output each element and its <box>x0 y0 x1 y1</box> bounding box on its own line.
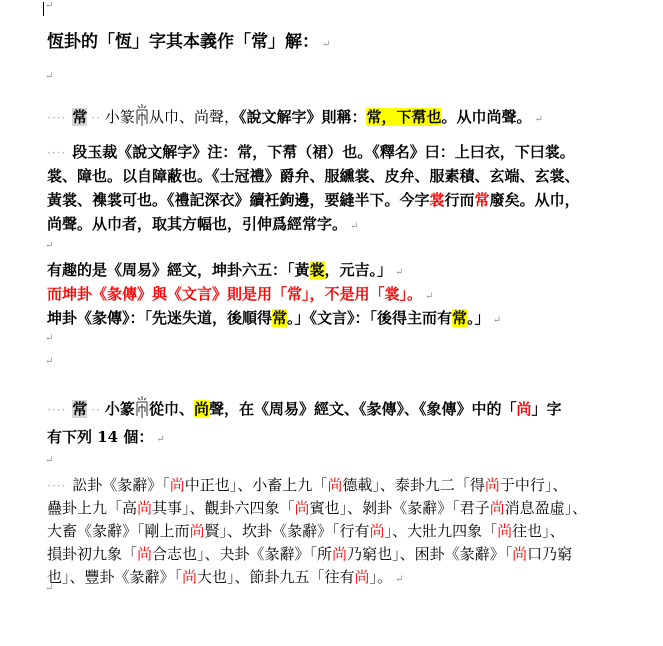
paragraph-mark: ↵ <box>45 455 53 466</box>
text: 賓也」、剝卦《彖辭》「君子 <box>310 499 490 517</box>
text: ，元吉。」 <box>325 261 393 279</box>
highlighted-text: 常，下帬也 <box>366 108 441 126</box>
red-char: 尚 <box>170 476 185 494</box>
seal-script-glyph-icon <box>136 104 148 126</box>
list-line[interactable]: 也」、豐卦《彖辭》「尚大也」、節卦九五「往有尚」。↵ <box>47 565 403 592</box>
document-heading[interactable]: 恆卦的「恆」字其本義作「常」解：↵ <box>47 30 330 57</box>
text: 坤卦《彖傳》：「先迷失道，後順得 <box>47 309 272 327</box>
text: 合志也」、夬卦《彖辭》「所 <box>152 545 332 563</box>
paragraph-mark: ↵ <box>45 0 53 11</box>
paragraph-kun-liuwu[interactable]: 有趣的是《周易》經文，坤卦六五：「黃裳，元吉。」↵ <box>47 258 403 285</box>
paragraph-red-statement[interactable]: 而坤卦《彖傳》與《文言》則是用「常」，不是用「裳」。↵ <box>47 282 433 309</box>
text-cursor <box>43 2 44 16</box>
text: 往也」、 <box>512 522 565 540</box>
paragraph-shuowen[interactable]: ····常··小篆从巾、尚聲，《說文解字》則稱：常，下帬也。从巾尚聲。↵ <box>47 104 543 132</box>
red-text: 而坤卦《彖傳》與《文言》則是用「常」，不是用「裳」。 <box>47 285 422 303</box>
text: 口乃窮 <box>527 545 572 563</box>
paragraph-mark: ↵ <box>45 240 53 251</box>
text: 大畜《彖辭》「剛上而 <box>47 522 190 540</box>
text: 从巾、尚聲， <box>149 108 239 126</box>
text: 黃裳、襍裳可也。《禮記深衣》續衽鉤邊，要縫半下。今字 <box>47 191 430 209</box>
highlighted-text: 常 <box>272 309 287 327</box>
text-line: 裳、障也。以自障蔽也。《士冠禮》爵弁、服纁裳、皮弁、服素積、玄端、玄裳、 <box>47 167 580 185</box>
xiaozhuan-label: 小篆 <box>105 108 135 126</box>
highlighted-text: 裳 <box>310 261 325 279</box>
text: 從巾、 <box>149 400 194 418</box>
paragraph-mark: ↵ <box>45 356 53 367</box>
text: 訟卦《彖辭》「 <box>72 476 170 494</box>
text: 」字 <box>532 400 562 418</box>
indent-dots: ···· <box>47 403 66 417</box>
red-char: 尚 <box>332 545 347 563</box>
heading-text: 恆卦的「恆」字其本義作「常」解： <box>47 32 319 52</box>
paragraph-line[interactable]: 裳、障也。以自障蔽也。《士冠禮》爵弁、服纁裳、皮弁、服素積、玄端、玄裳、 <box>47 164 580 188</box>
red-char: 尚 <box>137 545 152 563</box>
paragraph-line[interactable]: 黃裳、襍裳可也。《禮記深衣》續衽鉤邊，要縫半下。今字裳行而常廢矣。从巾， <box>47 188 580 212</box>
text: 。」《文言》：「後得主而有 <box>287 309 452 327</box>
red-char: 尚 <box>355 568 370 586</box>
text: 損卦初九象「 <box>47 545 137 563</box>
highlighted-text: 常 <box>452 309 467 327</box>
lead-char: 常 <box>72 400 87 418</box>
highlighted-text: 尚 <box>194 400 209 418</box>
paragraph-mark: ↵ <box>395 267 403 278</box>
text: 聲，在《周易》經文、《彖傳》、《象傳》中的「 <box>209 400 517 418</box>
paragraph-mark: ↵ <box>535 114 543 125</box>
text: 廢矣。从巾， <box>490 191 580 209</box>
paragraph-mark: ↵ <box>493 315 501 326</box>
text: 于中行」、 <box>500 476 568 494</box>
space-dots: ·· <box>91 403 101 417</box>
text: 。从巾尚聲。 <box>441 108 531 126</box>
text: 行而 <box>445 191 475 209</box>
paragraph-mark: ↵ <box>425 291 433 302</box>
red-char: 裳 <box>430 191 445 209</box>
indent-dots: ···· <box>47 479 66 493</box>
paragraph-line[interactable]: 尚聲。从巾者，取其方幅也，引伸爲經常字。↵ <box>47 212 358 239</box>
text: 」。 <box>370 568 393 586</box>
text: 大也」、節卦九五「往有 <box>197 568 355 586</box>
paragraph-duan-yucai[interactable]: ····段玉裁《說文解字》注：常，下帬（裙）也。《釋名》曰：上曰衣，下曰裳。 <box>47 140 575 165</box>
red-char: 尚 <box>485 476 500 494</box>
red-char: 尚 <box>516 400 531 418</box>
text: 。」 <box>467 309 490 327</box>
red-char: 尚 <box>512 545 527 563</box>
paragraph-mark: ↵ <box>45 333 53 344</box>
text-line: 有下列 14 個： <box>47 428 153 446</box>
space-dots: ·· <box>91 111 101 125</box>
text: 乃窮也」、困卦《彖辭》「 <box>347 545 512 563</box>
paragraph-mark: ↵ <box>322 39 330 50</box>
paragraph-mark: ↵ <box>45 71 53 82</box>
red-char: 尚 <box>182 568 197 586</box>
paragraph-mark: ↵ <box>350 221 358 232</box>
paragraph-mark: ↵ <box>45 583 53 594</box>
text: 中正也」、小畜上九「 <box>185 476 328 494</box>
red-char: 尚 <box>295 499 310 517</box>
text: 《說文解字》則稱： <box>239 108 367 126</box>
lead-char: 常 <box>72 108 87 126</box>
list-line[interactable]: 損卦初九象「尚合志也」、夬卦《彖辭》「所尚乃窮也」、困卦《彖辭》「尚口乃窮 <box>47 542 572 566</box>
paragraph-mark: ↵ <box>156 434 164 445</box>
red-char: 尚 <box>137 499 152 517</box>
paragraph-shang-intro[interactable]: ····常··小篆從巾、尚聲，在《周易》經文、《彖傳》、《象傳》中的「尚」字 <box>47 396 562 422</box>
indent-dots: ···· <box>47 146 66 160</box>
xiaozhuan-label: 小篆 <box>105 400 135 418</box>
list-line[interactable]: 蠱卦上九「高尚其事」、觀卦六四象「尚賓也」、剝卦《彖辭》「君子尚消息盈虛」、 <box>47 496 587 520</box>
red-char: 尚 <box>490 499 505 517</box>
text: 有趣的是《周易》經文，坤卦六五：「黃 <box>47 261 310 279</box>
text: 消息盈虛」、 <box>505 499 588 517</box>
seal-script-glyph-icon <box>136 396 148 418</box>
text: 蠱卦上九「高 <box>47 499 137 517</box>
red-char: 尚 <box>190 522 205 540</box>
text-line: 尚聲。从巾者，取其方幅也，引伸爲經常字。 <box>47 215 347 233</box>
indent-dots: ···· <box>47 111 66 125</box>
red-char: 尚 <box>327 476 342 494</box>
paragraph-mark: ↵ <box>395 574 403 585</box>
text: 其事」、觀卦六四象「 <box>152 499 295 517</box>
red-char: 尚 <box>497 522 512 540</box>
list-line[interactable]: 大畜《彖辭》「剛上而尚賢」、坎卦《彖辭》「行有尚」、大壯九四象「尚往也」、 <box>47 519 565 543</box>
red-char: 尚 <box>370 522 385 540</box>
text: 賢」、坎卦《彖辭》「行有 <box>205 522 370 540</box>
list-line[interactable]: ····訟卦《彖辭》「尚中正也」、小畜上九「尚德載」、泰卦九二「得尚于中行」、 <box>47 473 567 498</box>
text: 也」、豐卦《彖辭》「 <box>47 568 182 586</box>
paragraph-tuan-wenyan[interactable]: 坤卦《彖傳》：「先迷失道，後順得常。」《文言》：「後得主而有常。」↵ <box>47 306 501 333</box>
text: 德載」、泰卦九二「得 <box>342 476 485 494</box>
red-char: 常 <box>475 191 490 209</box>
paragraph-line[interactable]: 有下列 14 個：↵ <box>47 425 165 452</box>
text-line: 段玉裁《說文解字》注：常，下帬（裙）也。《釋名》曰：上曰衣，下曰裳。 <box>72 143 575 161</box>
text: 」、大壯九四象「 <box>385 522 498 540</box>
